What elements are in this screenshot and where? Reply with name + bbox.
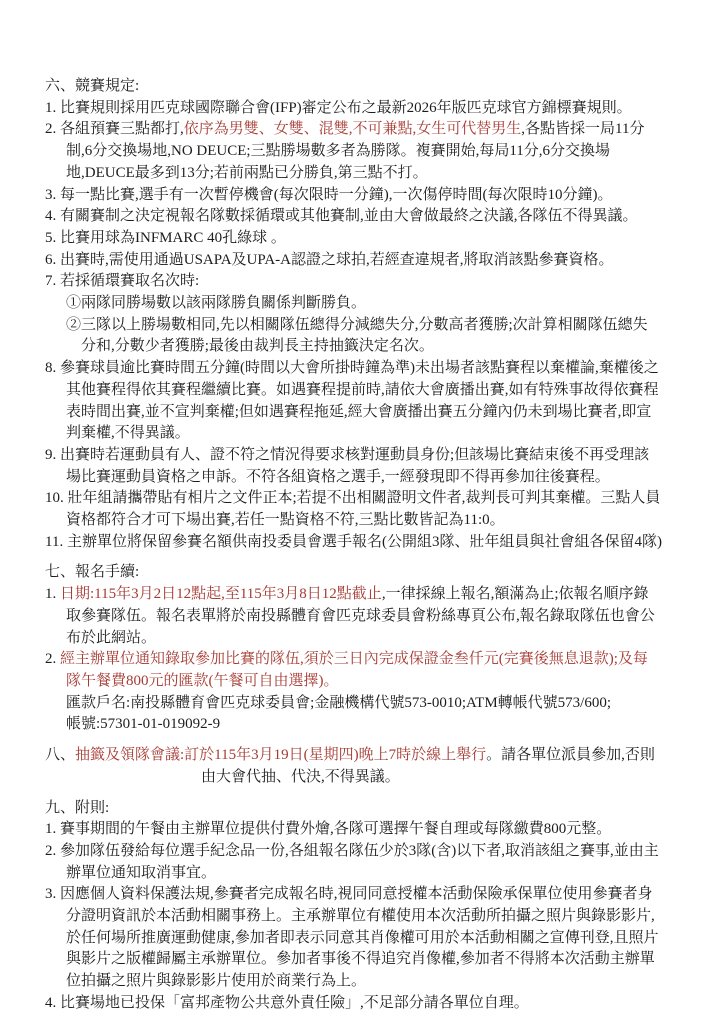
paragraph-competition-rules-5: 6. 出賽時,需使用通過USAPA及UPA-A認證之球拍,若經查違規者,將取消該…: [45, 250, 662, 272]
paragraph-competition-rules-11: 10. 壯年組請攜帶貼有相片之文件正本;若提不出相關證明文件者,裁判長可判其棄權…: [45, 488, 662, 531]
paragraph-competition-rules-3: 4. 有關賽制之決定視報名隊數採循環或其他賽制,並由大會做最終之決議,各隊伍不得…: [45, 206, 662, 228]
paragraph-competition-rules-7: ①兩隊同勝場數以該兩隊勝負關係判斷勝負。: [66, 293, 662, 315]
paragraph-competition-rules-11-segment-0: 10. 壯年組請攜帶貼有相片之文件正本;若提不出相關證明文件者,裁判長可判其棄權…: [45, 490, 660, 528]
paragraph-competition-rules-12: 11. 主辦單位將保留參賽名額供南投委員會選手報名(公開組3隊、壯年組員與社會組…: [45, 532, 662, 554]
section-heading-competition-rules: 六、競賽規定:: [45, 76, 662, 98]
section-appendix: 九、附則:1. 賽事期間的午餐由主辦單位提供付費外燴,各隊可選擇午餐自理或每隊繳…: [45, 798, 662, 1015]
paragraph-competition-rules-12-segment-0: 11. 主辦單位將保留參賽名額供南投委員會選手報名(公開組3隊、壯年組員與社會組…: [45, 534, 662, 550]
paragraph-competition-rules-10: 9. 出賽時若運動員有人、證不符之情況得要求核對運動員身份;但該場比賽結束後不再…: [45, 445, 662, 488]
section-draw-and-captain-meeting: 八、抽籤及領隊會議:訂於115年3月19日(星期四)晚上7時於線上舉行。請各單位…: [45, 745, 662, 788]
paragraph-competition-rules-6: 7. 若採循環賽取名次時:: [45, 271, 662, 293]
heading-appendix-segment-0: 九、附則:: [45, 800, 109, 816]
paragraph-registration-procedure-1-segment-0: 2.: [45, 651, 60, 667]
paragraph-competition-rules-6-segment-0: 7. 若採循環賽取名次時:: [45, 273, 199, 289]
paragraph-competition-rules-10-segment-0: 9. 出賽時若運動員有人、證不符之情況得要求核對運動員身份;但該場比賽結束後不再…: [45, 447, 649, 485]
section-competition-rules: 六、競賽規定:1. 比賽規則採用匹克球國際聯合會(IFP)審定公布之最新2026…: [45, 76, 662, 553]
paragraph-competition-rules-7-segment-0: ①兩隊同勝場數以該兩隊勝負關係判斷勝負。: [66, 295, 366, 311]
paragraph-competition-rules-3-segment-0: 4. 有關賽制之決定視報名隊數採循環或其他賽制,並由大會做最終之決議,各隊伍不得…: [45, 208, 638, 224]
paragraph-registration-procedure-2-segment-0: 匯款戶名:南投縣體育會匹克球委員會;金融機構代號573-0010;ATM轉帳代號…: [66, 695, 611, 711]
paragraph-registration-procedure-0-segment-0: 1.: [45, 586, 60, 602]
paragraph-competition-rules-1-segment-0: 2. 各組預賽三點都打,: [45, 121, 184, 137]
paragraph-appendix-2: 3. 因應個人資料保護法規,參賽者完成報名時,視同同意授權本活動保險承保單位使用…: [45, 884, 662, 993]
heading-competition-rules-segment-0: 六、競賽規定:: [45, 78, 139, 94]
paragraph-competition-rules-1-segment-1: 依序為男雙、女雙、混雙,不可兼點,女生可代替男生: [184, 121, 522, 137]
paragraph-competition-rules-0: 1. 比賽規則採用匹克球國際聯合會(IFP)審定公布之最新2026年版匹克球官方…: [45, 98, 662, 120]
paragraph-registration-procedure-0: 1. 日期:115年3月2日12點起,至115年3月8日12點截止,一律採線上報…: [45, 584, 662, 649]
section-heading-appendix: 九、附則:: [45, 798, 662, 820]
paragraph-competition-rules-8-segment-0: ②三隊以上勝場數相同,先以相關隊伍總得分減總失分,分數高者獲勝;次計算相關隊伍總…: [66, 317, 648, 355]
paragraph-draw-and-captain-meeting-0: 八、抽籤及領隊會議:訂於115年3月19日(星期四)晚上7時於線上舉行。請各單位…: [45, 745, 662, 788]
paragraph-competition-rules-8: ②三隊以上勝場數相同,先以相關隊伍總得分減總失分,分數高者獲勝;次計算相關隊伍總…: [66, 315, 662, 358]
paragraph-competition-rules-2: 3. 每一點比賽,選手有一次暫停機會(每次限時一分鐘),一次傷停時間(每次限時1…: [45, 185, 662, 207]
paragraph-appendix-1: 2. 參加隊伍發給每位選手紀念品一份,各組報名隊伍少於3隊(含)以下者,取消該組…: [45, 841, 662, 884]
paragraph-registration-procedure-0-segment-1: 日期:115年3月2日12點起,至115年3月8日12點截止: [60, 586, 382, 602]
paragraph-competition-rules-9-segment-0: 8. 參賽球員逾比賽時間五分鐘(時間以大會所掛時鐘為準)未出場者該點賽程以棄權論…: [45, 360, 659, 441]
paragraph-competition-rules-9: 8. 參賽球員逾比賽時間五分鐘(時間以大會所掛時鐘為準)未出場者該點賽程以棄權論…: [45, 358, 662, 445]
section-heading-registration-procedure: 七、報名手續:: [45, 562, 662, 584]
document-body: 六、競賽規定:1. 比賽規則採用匹克球國際聯合會(IFP)審定公布之最新2026…: [45, 76, 662, 1015]
paragraph-competition-rules-2-segment-0: 3. 每一點比賽,選手有一次暫停機會(每次限時一分鐘),一次傷停時間(每次限時1…: [45, 187, 612, 203]
paragraph-draw-and-captain-meeting-0-segment-0: 八、: [45, 747, 75, 763]
paragraph-competition-rules-4-segment-0: 5. 比賽用球為INFMARC 40孔綠球 。: [45, 230, 286, 246]
paragraph-appendix-2-segment-0: 3. 因應個人資料保護法規,參賽者完成報名時,視同同意授權本活動保險承保單位使用…: [45, 886, 659, 989]
paragraph-competition-rules-1: 2. 各組預賽三點都打,依序為男雙、女雙、混雙,不可兼點,女生可代替男生,各點皆…: [45, 119, 662, 184]
paragraph-registration-procedure-3-segment-0: 帳號:57301-01-019092-9: [66, 716, 220, 732]
paragraph-appendix-0: 1. 賽事期間的午餐由主辦單位提供付費外燴,各隊可選擇午餐自理或每隊繳費800元…: [45, 819, 662, 841]
paragraph-appendix-3: 4. 比賽場地已投保「富邦產物公共意外責任險」,不足部分請各單位自理。: [45, 993, 662, 1015]
paragraph-registration-procedure-1-segment-1: 經主辦單位通知錄取參加比賽的隊伍,須於三日內完成保證金叁仟元(完賽後無息退款);…: [60, 651, 648, 689]
paragraph-appendix-0-segment-0: 1. 賽事期間的午餐由主辦單位提供付費外燴,各隊可選擇午餐自理或每隊繳費800元…: [45, 821, 611, 837]
paragraph-registration-procedure-2: 匯款戶名:南投縣體育會匹克球委員會;金融機構代號573-0010;ATM轉帳代號…: [66, 693, 662, 715]
paragraph-registration-procedure-3: 帳號:57301-01-019092-9: [66, 714, 662, 736]
paragraph-registration-procedure-1: 2. 經主辦單位通知錄取參加比賽的隊伍,須於三日內完成保證金叁仟元(完賽後無息退…: [45, 649, 662, 692]
paragraph-competition-rules-4: 5. 比賽用球為INFMARC 40孔綠球 。: [45, 228, 662, 250]
section-registration-procedure: 七、報名手續:1. 日期:115年3月2日12點起,至115年3月8日12點截止…: [45, 562, 662, 736]
paragraph-appendix-1-segment-0: 2. 參加隊伍發給每位選手紀念品一份,各組報名隊伍少於3隊(含)以下者,取消該組…: [45, 843, 659, 881]
document-page: 六、競賽規定:1. 比賽規則採用匹克球國際聯合會(IFP)審定公布之最新2026…: [0, 0, 704, 1024]
paragraph-draw-and-captain-meeting-0-segment-1: 抽籤及領隊會議:訂於115年3月19日(星期四)晚上7時於線上舉行: [75, 747, 486, 763]
paragraph-competition-rules-0-segment-0: 1. 比賽規則採用匹克球國際聯合會(IFP)審定公布之最新2026年版匹克球官方…: [45, 100, 632, 116]
heading-registration-procedure-segment-0: 七、報名手續:: [45, 564, 139, 580]
paragraph-appendix-3-segment-0: 4. 比賽場地已投保「富邦產物公共意外責任險」,不足部分請各單位自理。: [45, 995, 529, 1011]
paragraph-competition-rules-5-segment-0: 6. 出賽時,需使用通過USAPA及UPA-A認證之球拍,若經查違規者,將取消該…: [45, 252, 614, 268]
